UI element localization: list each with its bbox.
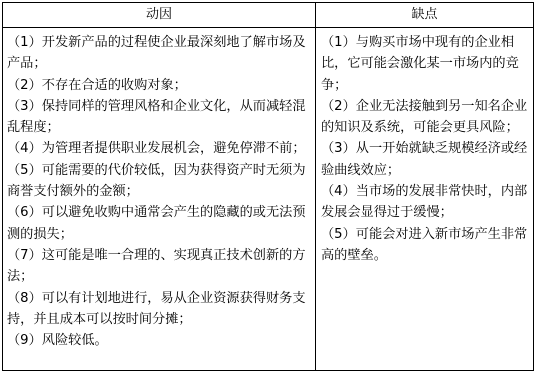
disadvantage-item: （5）可能会对进入新市场产生非常高的壁垒。	[321, 224, 529, 267]
motivation-item: （7）这可能是唯一合理的、实现真正技术创新的方法；	[7, 245, 311, 288]
disadvantage-item: （1）与购买市场中现有的企业相比，它可能会激化某一市场内的竞争；	[321, 32, 529, 96]
motivation-item: （9）风险较低。	[7, 330, 311, 351]
disadvantage-item: （2）企业无法接触到另一知名企业的知识及系统，可能会更具风险；	[321, 96, 529, 139]
disadvantages-column: （1）与购买市场中现有的企业相比，它可能会激化某一市场内的竞争； （2）企业无法…	[316, 28, 533, 370]
disadvantage-item: （4）当市场的发展非常快时，内部发展会显得过于缓慢；	[321, 181, 529, 224]
motivation-column: （1）开发新产品的过程使企业最深刻地了解市场及产品； （2）不存在合适的收购对象…	[3, 28, 316, 370]
disadvantage-item: （3）从一开始就缺乏规模经济或经验曲线效应；	[321, 138, 529, 181]
header-disadvantages: 缺点	[316, 3, 533, 28]
motivation-item: （6）可以避免收购中通常会产生的隐藏的或无法预测的损失；	[7, 202, 311, 245]
motivation-item: （5）可能需要的代价较低，因为获得资产时无须为商誉支付额外的金额；	[7, 160, 311, 203]
motivation-item: （8）可以有计划地进行，易从企业资源获得财务支持，并且成本可以按时间分摊；	[7, 288, 311, 331]
motivation-item: （1）开发新产品的过程使企业最深刻地了解市场及产品；	[7, 32, 311, 75]
motivation-item: （3）保持同样的管理风格和企业文化，从而减轻混乱程度；	[7, 96, 311, 139]
comparison-table: 动因 缺点 （1）开发新产品的过程使企业最深刻地了解市场及产品； （2）不存在合…	[2, 2, 534, 371]
motivation-item: （2）不存在合适的收购对象；	[7, 75, 311, 96]
motivation-item: （4）为管理者提供职业发展机会，避免停滞不前；	[7, 138, 311, 159]
header-motivation: 动因	[3, 3, 316, 28]
